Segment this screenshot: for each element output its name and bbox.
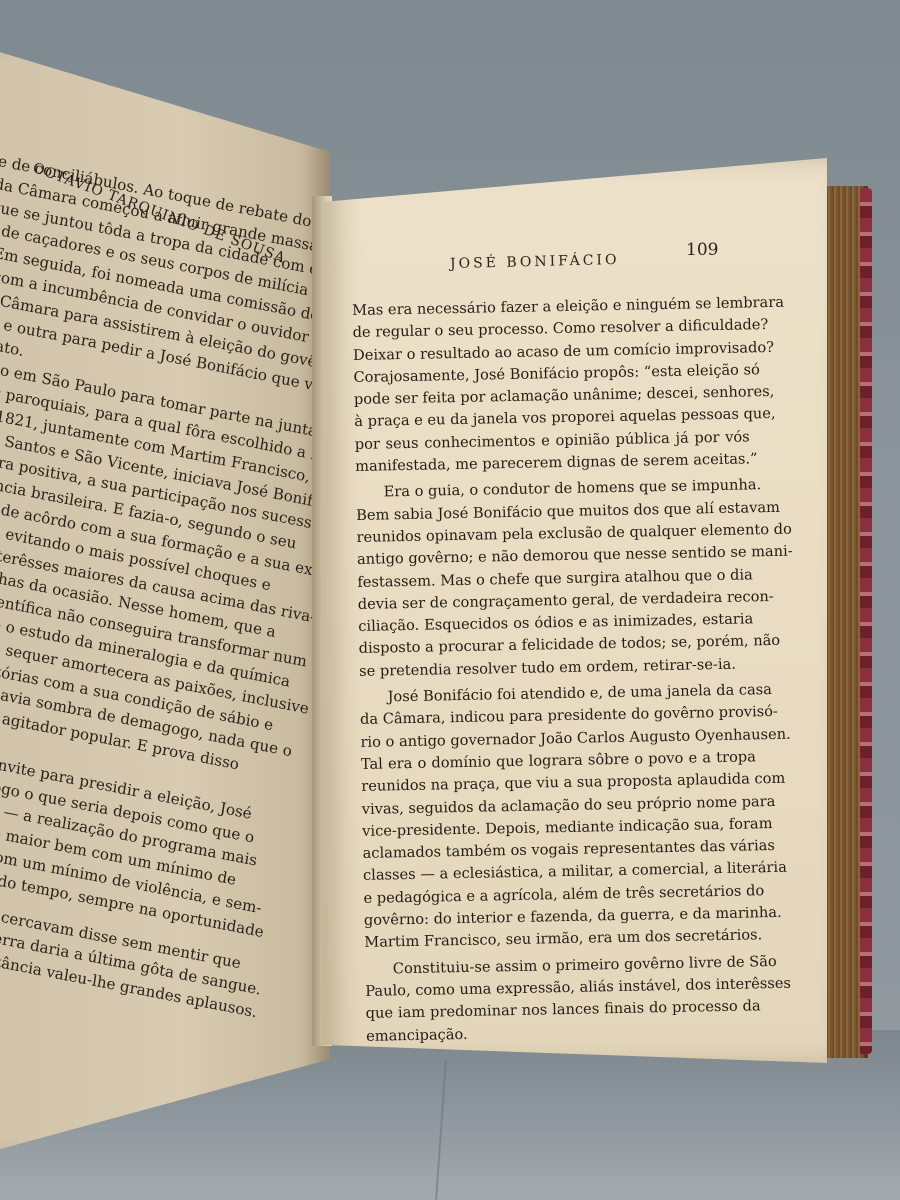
paragraph: Mas era necessário fazer a eleição e nin…	[352, 292, 750, 478]
page-number: 109	[686, 240, 718, 260]
paragraph: Era o guia, o condutor de homens que se …	[356, 475, 755, 683]
right-page-text: Mas era necessário fazer a eleição e nin…	[352, 292, 761, 1047]
paragraph: José Bonifácio foi atendido e, de uma ja…	[359, 679, 759, 954]
paragraph: Constituiu-se assim o primeiro govêrno l…	[365, 951, 762, 1048]
cover-edge	[860, 188, 872, 1054]
